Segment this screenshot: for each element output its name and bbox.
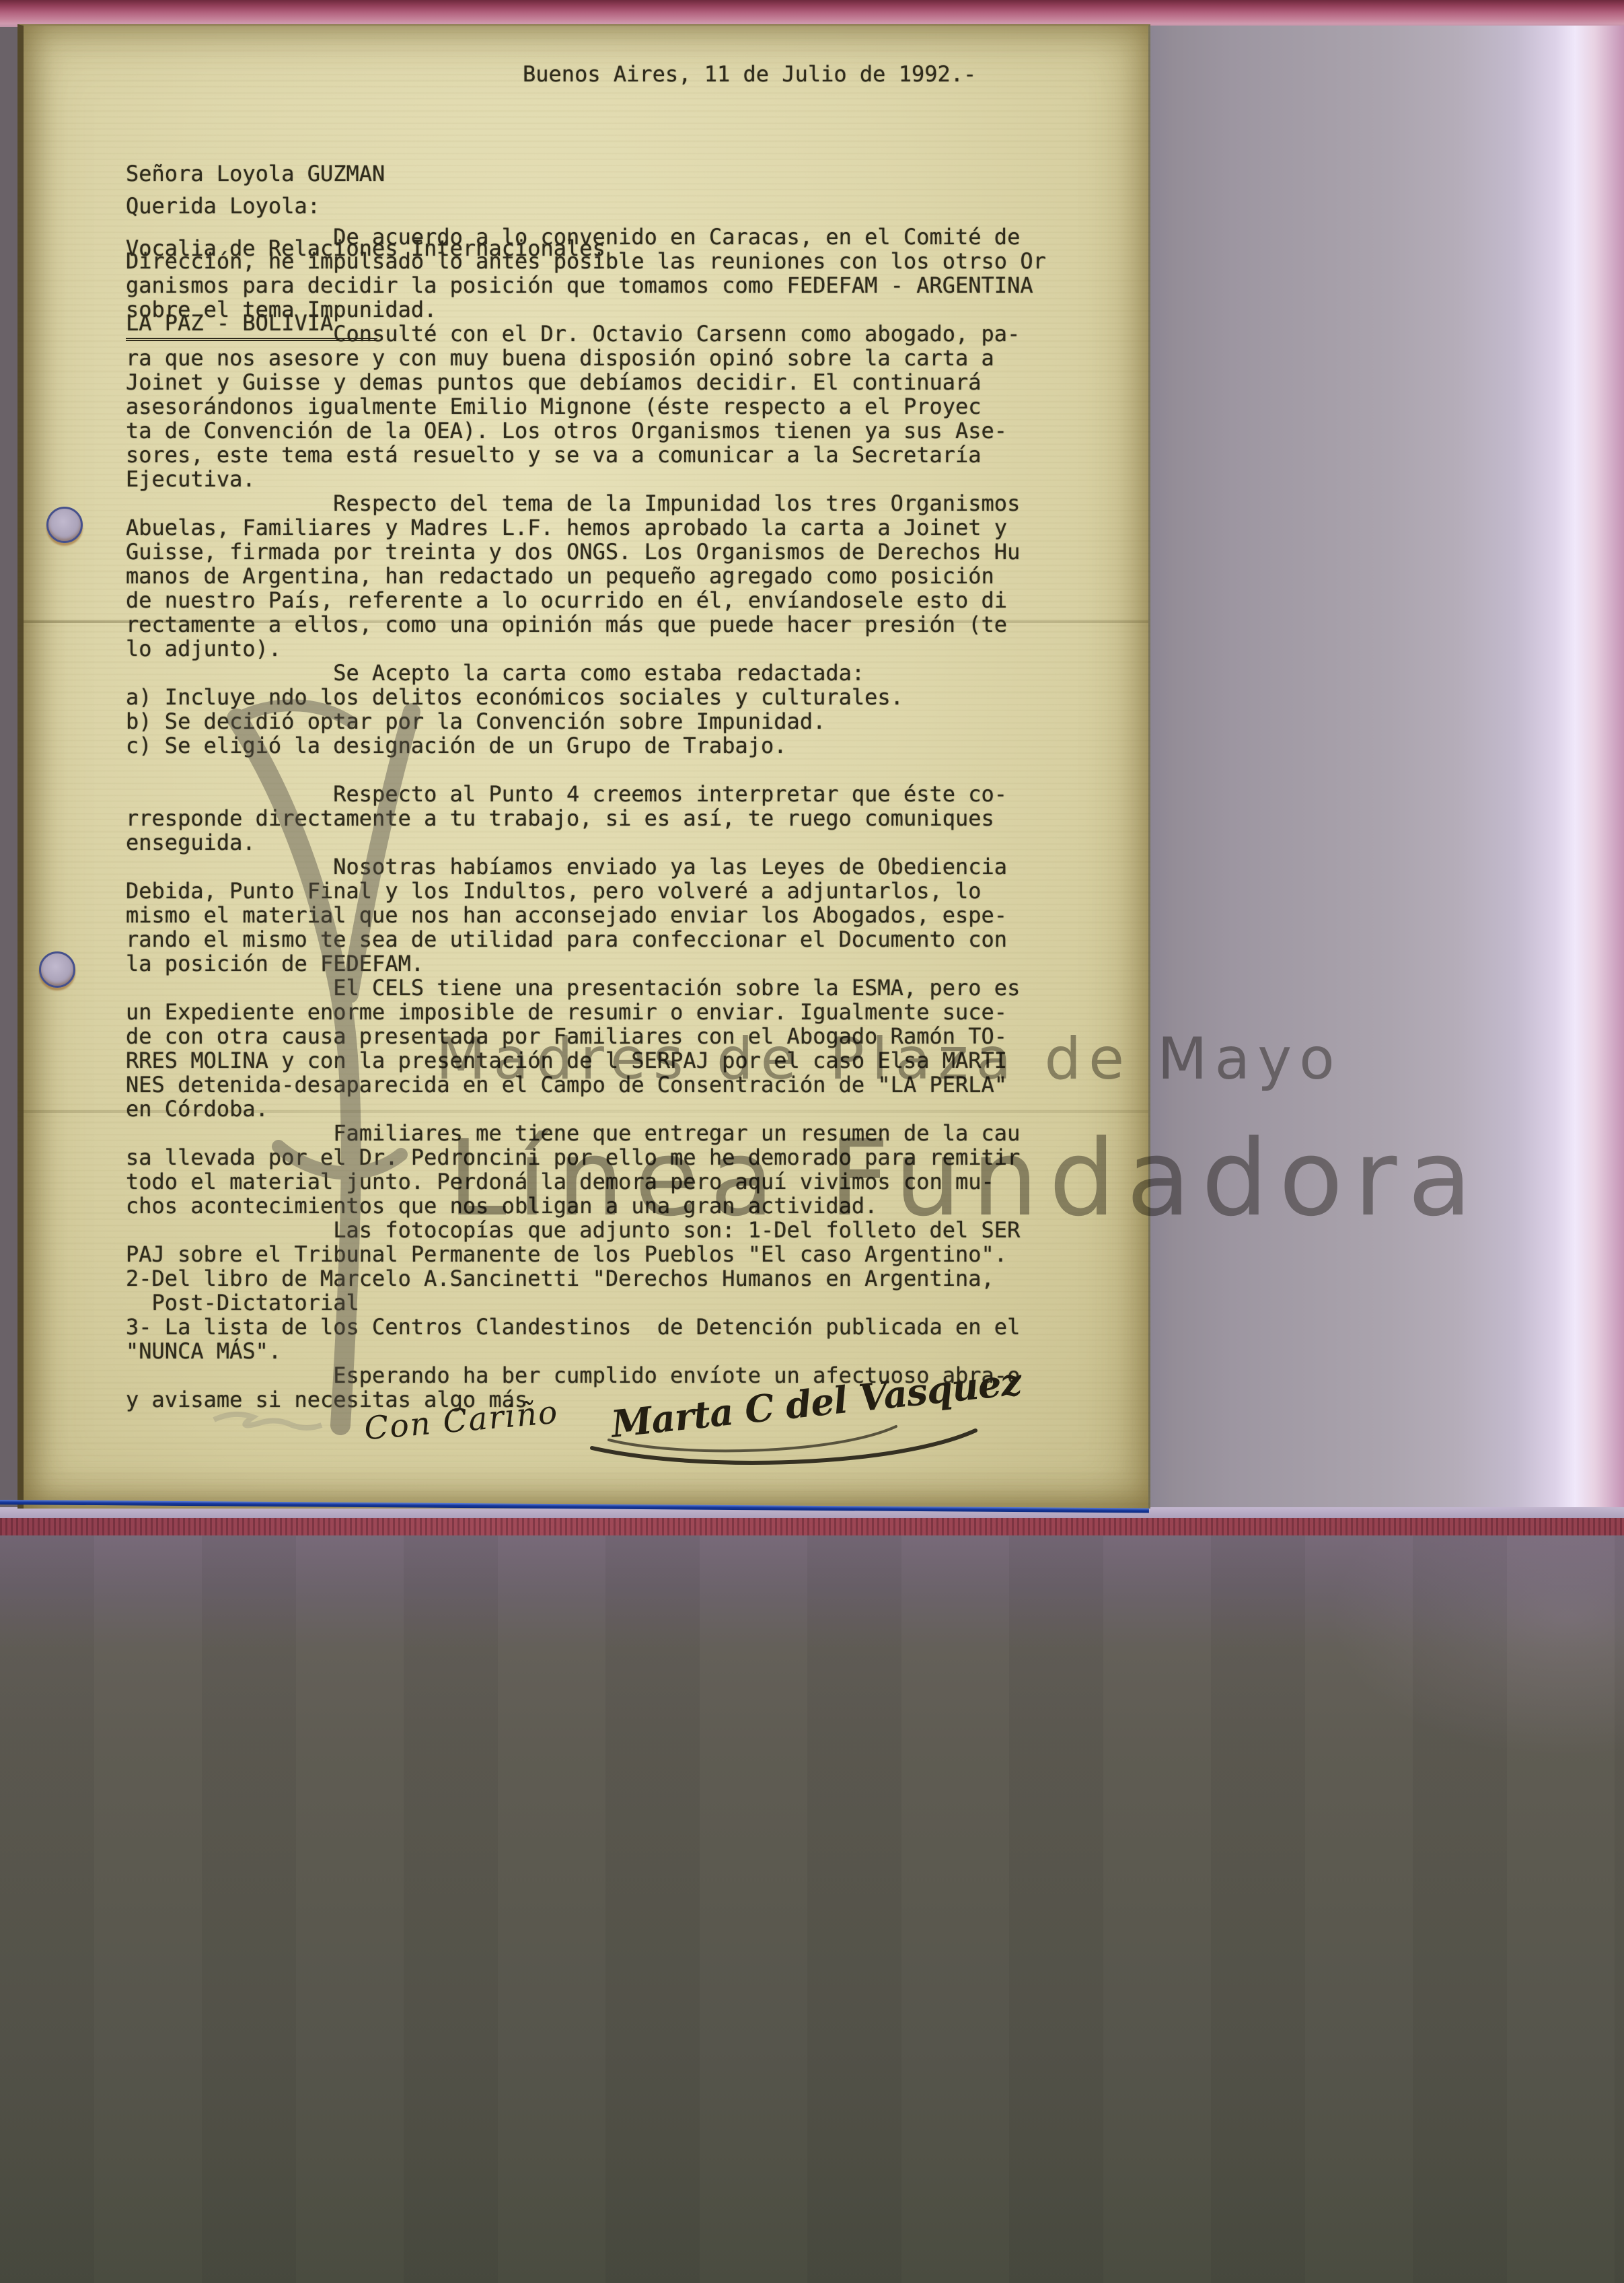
body-line: un Expediente enorme imposible de resumi… bbox=[126, 1000, 1046, 1024]
body-line: a) Incluye ndo los delitos económicos so… bbox=[126, 685, 1046, 709]
body-line: Respecto del tema de la Impunidad los tr… bbox=[126, 491, 1046, 515]
body-line: De acuerdo a lo convenido en Caracas, en… bbox=[126, 225, 1046, 249]
body-line: manos de Argentina, han redactado un peq… bbox=[126, 564, 1046, 588]
watermark-line-2: Línea Fundadora bbox=[448, 1117, 1483, 1239]
letter-page: Buenos Aires, 11 de Julio de 1992.- Seño… bbox=[17, 24, 1150, 1509]
body-line: PAJ sobre el Tribunal Permanente de los … bbox=[126, 1242, 1046, 1266]
scanner-bottom-shadow-area bbox=[0, 1535, 1624, 2283]
body-line: enseguida. bbox=[126, 830, 1046, 855]
body-line: mismo el material que nos han acconsejad… bbox=[126, 903, 1046, 927]
body-line: Se Acepto la carta como estaba redactada… bbox=[126, 661, 1046, 685]
body-line: ganismos para decidir la posición que to… bbox=[126, 273, 1046, 297]
body-line: sobre el tema Impunidad. bbox=[126, 297, 1046, 322]
body-line: Post-Dictatorial bbox=[126, 1291, 1046, 1315]
punch-hole-top bbox=[46, 507, 83, 543]
body-line: sores, este tema está resuelto y se va a… bbox=[126, 443, 1046, 467]
body-line: Nosotras habíamos enviado ya las Leyes d… bbox=[126, 855, 1046, 879]
body-line: Guisse, firmada por treinta y dos ONGS. … bbox=[126, 540, 1046, 564]
watermark-line-1: Madres de Plaza de Mayo bbox=[436, 1025, 1342, 1093]
body-line: Consulté con el Dr. Octavio Carsenn como… bbox=[126, 322, 1046, 346]
body-line: Ejecutiva. bbox=[126, 467, 1046, 491]
body-line: b) Se decidió optar por la Convención so… bbox=[126, 709, 1046, 733]
scanner-top-pink-strip bbox=[0, 0, 1624, 27]
body-line: de nuestro País, referente a lo ocurrido… bbox=[126, 588, 1046, 612]
body-line: El CELS tiene una presentación sobre la … bbox=[126, 976, 1046, 1000]
scanner-right-background bbox=[1134, 26, 1624, 1521]
body-line: la posición de FEDEFAM. bbox=[126, 951, 1046, 976]
body-line: Debida, Punto Final y los Indultos, pero… bbox=[126, 879, 1046, 903]
punch-hole-bottom bbox=[39, 951, 75, 988]
body-line: Dirección, he impulsado lo antes posible… bbox=[126, 249, 1046, 273]
recipient-name: Señora Loyola GUZMAN bbox=[126, 161, 605, 186]
scanned-letter-canvas: Buenos Aires, 11 de Julio de 1992.- Seño… bbox=[0, 0, 1624, 2283]
body-line: Abuelas, Familiares y Madres L.F. hemos … bbox=[126, 515, 1046, 540]
salutation: Querida Loyola: bbox=[126, 194, 320, 218]
body-line bbox=[126, 758, 1046, 782]
body-line: ta de Convención de la OEA). Los otros O… bbox=[126, 419, 1046, 443]
scanner-red-band bbox=[0, 1518, 1624, 1537]
body-line: "NUNCA MÁS". bbox=[126, 1339, 1046, 1363]
body-line: lo adjunto). bbox=[126, 637, 1046, 661]
body-line: ra que nos asesore y con muy buena dispo… bbox=[126, 346, 1046, 370]
body-line: asesorándonos igualmente Emilio Mignone … bbox=[126, 394, 1046, 419]
body-line: Joinet y Guisse y demas puntos que debía… bbox=[126, 370, 1046, 394]
date-line: Buenos Aires, 11 de Julio de 1992.- bbox=[523, 62, 976, 86]
body-line: 3- La lista de los Centros Clandestinos … bbox=[126, 1315, 1046, 1339]
body-line: c) Se eligió la designación de un Grupo … bbox=[126, 733, 1046, 758]
body-line: rando el mismo te sea de utilidad para c… bbox=[126, 927, 1046, 951]
body-line: rresponde directamente a tu trabajo, si … bbox=[126, 806, 1046, 830]
body-line: rectamente a ellos, como una opinión más… bbox=[126, 612, 1046, 637]
body-line: Respecto al Punto 4 creemos interpretar … bbox=[126, 782, 1046, 806]
body-line: 2-Del libro de Marcelo A.Sancinetti "Der… bbox=[126, 1266, 1046, 1291]
